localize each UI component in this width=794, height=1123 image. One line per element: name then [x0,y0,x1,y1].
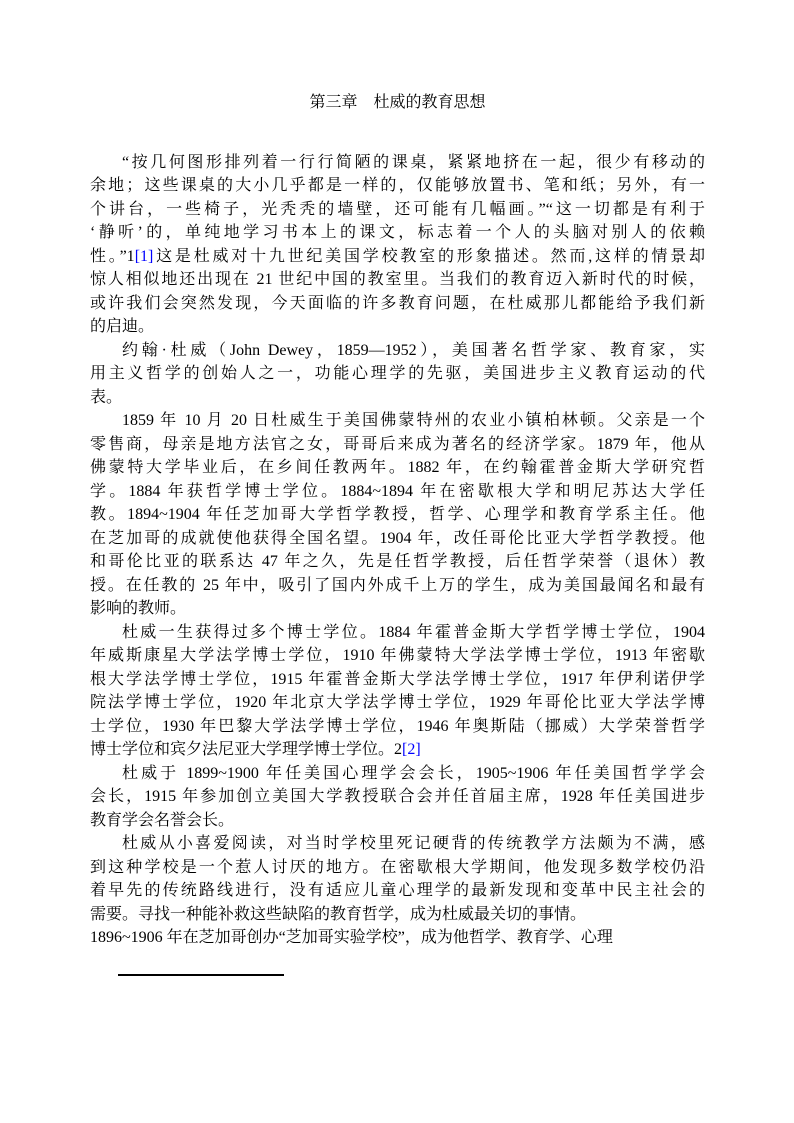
para-doctorates: 杜威一生获得过多个博士学位。1884 年霍普金斯大学哲学博士学位，1904年威斯… [90,621,705,762]
text-segment: 1896~1906 年在芝加哥创办“芝加哥实验学校”，成为他哲学、教育学、心理 [90,929,613,946]
text-line: 博士学位和宾夕法尼亚大学理学博士学位。2[2] [90,738,705,762]
text-segment: 根大学法学博士学位，1915 年霍普金斯大学法学博士学位，1917 年伊利诺伊学 [90,671,705,688]
text-line: 用主义哲学的创始人之一，功能心理学的先驱，美国进步主义教育运动的代 [90,362,705,386]
text-line: 杜威一生获得过多个博士学位。1884 年霍普金斯大学哲学博士学位，1904 [90,621,705,645]
para-education-philosophy: 杜威从小喜爱阅读，对当时学校里死记硬背的传统教学方法颇为不满，感到这种学校是一个… [90,832,705,950]
text-line: 到这种学校是一个惹人讨厌的地方。在密歇根大学期间，他发现多数学校仍沿 [90,856,705,880]
text-segment: 杜威一生获得过多个博士学位。1884 年霍普金斯大学哲学博士学位，1904 [122,624,705,641]
text-line: 教。1894~1904 年任芝加哥大学哲学教授，哲学、心理学和教育学系主任。他 [90,503,705,527]
text-line: 影响的教师。 [90,597,705,621]
text-segment: 个讲台，一些椅子，光秃秃的墙壁，还可能有几幅画。”“这一切都是有利于 [90,201,705,218]
text-line: 零售商，母亲是地方法官之女，哥哥后来成为著名的经济学家。1879 年，他从 [90,433,705,457]
text-line: 杜威从小喜爱阅读，对当时学校里死记硬背的传统教学方法颇为不满，感 [90,832,705,856]
text-segment: 士学位，1930 年巴黎大学法学博士学位，1946 年奥斯陆（挪威）大学荣誉哲学 [90,718,705,735]
footnote-separator [118,974,284,976]
page-title: 第三章 杜威的教育思想 [90,91,705,115]
text-segment: 杜威于 1899~1900 年任美国心理学会会长，1905~1906 年任美国哲… [122,765,705,782]
text-segment: 需要。寻找一种能补救这些缺陷的教育哲学，成为杜威最关切的事情。 [90,906,586,923]
text-line: 表。 [90,386,705,410]
text-segment: “按几何图形排列着一行行简陋的课桌，紧紧地挤在一起，很少有移动的 [122,154,705,171]
footnote-ref-2[interactable]: [2] [402,741,421,758]
text-line: 的启迪。 [90,315,705,339]
text-line: 士学位，1930 年巴黎大学法学博士学位，1946 年奥斯陆（挪威）大学荣誉哲学 [90,715,705,739]
para-dewey-intro: 约翰·杜威（John Dewey，1859—1952），美国著名哲学家、教育家，… [90,339,705,410]
text-segment: 和哥伦比亚的联系达 47 年之久，先是任哲学教授，后任哲学荣誉（退休）教 [90,553,705,570]
para-biography: 1859 年 10 月 20 日杜威生于美国佛蒙特州的农业小镇柏林顿。父亲是一个… [90,409,705,621]
text-segment: 在芝加哥的成就使他获得全国名望。1904 年，改任哥伦比亚大学哲学教授。他 [90,530,705,547]
para-presidencies: 杜威于 1899~1900 年任美国心理学会会长，1905~1906 年任美国哲… [90,762,705,833]
text-segment: 会长，1915 年参加创立美国大学教授联合会并任首届主席，1928 年任美国进步 [90,788,705,805]
text-line: 学。1884 年获哲学博士学位。1884~1894 年在密歇根大学和明尼苏达大学… [90,480,705,504]
document-page: 第三章 杜威的教育思想 “按几何图形排列着一行行简陋的课桌，紧紧地挤在一起，很少… [0,0,794,1123]
text-segment: 惊人相似地还出现在 21 世纪中国的教室里。当我们的教育迈入新时代的时候， [90,271,705,288]
text-segment: 这是杜威对十九世纪美国学校教室的形象描述。然而,这样的情景却 [153,248,705,265]
text-line: 或许我们会突然发现，今天面临的许多教育问题，在杜威那儿都能给予我们新 [90,292,705,316]
text-line: 1896~1906 年在芝加哥创办“芝加哥实验学校”，成为他哲学、教育学、心理 [90,926,705,950]
text-line: 着早先的传统路线进行，没有适应儿童心理学的最新发现和变革中民主社会的 [90,879,705,903]
text-line: 约翰·杜威（John Dewey，1859—1952），美国著名哲学家、教育家，… [90,339,705,363]
text-segment: 着早先的传统路线进行，没有适应儿童心理学的最新发现和变革中民主社会的 [90,882,705,899]
text-line: 和哥伦比亚的联系达 47 年之久，先是任哲学教授，后任哲学荣誉（退休）教 [90,550,705,574]
text-segment: 院法学博士学位，1920 年北京大学法学博士学位，1929 年哥伦比亚大学法学博 [90,694,705,711]
text-line: 教育学会名誉会长。 [90,809,705,833]
text-line: 在芝加哥的成就使他获得全国名望。1904 年，改任哥伦比亚大学哲学教授。他 [90,527,705,551]
text-line: 佛蒙特大学毕业后，在乡间任教两年。1882 年，在约翰霍普金斯大学研究哲 [90,456,705,480]
text-segment: 表。 [90,389,122,406]
text-segment: 教育学会名誉会长。 [90,812,234,829]
text-segment: 年威斯康星大学法学博士学位，1910 年佛蒙特大学法学博士学位，1913 年密歇 [90,647,705,664]
text-line: 余地；这些课桌的大小几乎都是一样的，仅能够放置书、笔和纸；另外，有一 [90,174,705,198]
text-segment: 或许我们会突然发现，今天面临的许多教育问题，在杜威那儿都能给予我们新 [90,295,705,312]
text-segment: ‘静听’的，单纯地学习书本上的课文，标志着一个人的头脑对别人的依赖 [90,224,705,241]
text-segment: 零售商，母亲是地方法官之女，哥哥后来成为著名的经济学家。1879 年，他从 [90,436,705,453]
text-line: 性。”1[1]这是杜威对十九世纪美国学校教室的形象描述。然而,这样的情景却 [90,245,705,269]
text-segment: 1859 年 10 月 20 日杜威生于美国佛蒙特州的农业小镇柏林顿。父亲是一个 [122,412,705,429]
text-segment: 博士学位和宾夕法尼亚大学理学博士学位。2 [90,741,402,758]
text-line: 惊人相似地还出现在 21 世纪中国的教室里。当我们的教育迈入新时代的时候， [90,268,705,292]
text-line: 院法学博士学位，1920 年北京大学法学博士学位，1929 年哥伦比亚大学法学博 [90,691,705,715]
text-line: 杜威于 1899~1900 年任美国心理学会会长，1905~1906 年任美国哲… [90,762,705,786]
para-classroom-quote: “按几何图形排列着一行行简陋的课桌，紧紧地挤在一起，很少有移动的余地；这些课桌的… [90,151,705,339]
text-line: 1859 年 10 月 20 日杜威生于美国佛蒙特州的农业小镇柏林顿。父亲是一个 [90,409,705,433]
text-line: 授。在任教的 25 年中，吸引了国内外成千上万的学生，成为美国最闻名和最有 [90,574,705,598]
text-segment: 用主义哲学的创始人之一，功能心理学的先驱，美国进步主义教育运动的代 [90,365,705,382]
text-line: 需要。寻找一种能补救这些缺陷的教育哲学，成为杜威最关切的事情。 [90,903,705,927]
text-segment: 教。1894~1904 年任芝加哥大学哲学教授，哲学、心理学和教育学系主任。他 [90,506,705,523]
text-line: 年威斯康星大学法学博士学位，1910 年佛蒙特大学法学博士学位，1913 年密歇 [90,644,705,668]
text-segment: 约翰·杜威（John Dewey，1859—1952），美国著名哲学家、教育家，… [122,342,705,359]
text-segment: 杜威从小喜爱阅读，对当时学校里死记硬背的传统教学方法颇为不满，感 [122,835,705,852]
text-line: 个讲台，一些椅子，光秃秃的墙壁，还可能有几幅画。”“这一切都是有利于 [90,198,705,222]
text-segment: 的启迪。 [90,318,154,335]
text-segment: 授。在任教的 25 年中，吸引了国内外成千上万的学生，成为美国最闻名和最有 [90,577,705,594]
text-line: “按几何图形排列着一行行简陋的课桌，紧紧地挤在一起，很少有移动的 [90,151,705,175]
document-body: “按几何图形排列着一行行简陋的课桌，紧紧地挤在一起，很少有移动的余地；这些课桌的… [90,151,705,950]
text-segment: 佛蒙特大学毕业后，在乡间任教两年。1882 年，在约翰霍普金斯大学研究哲 [90,459,705,476]
footnote-ref-1[interactable]: [1] [135,248,154,265]
text-line: 会长，1915 年参加创立美国大学教授联合会并任首届主席，1928 年任美国进步 [90,785,705,809]
text-segment: 到这种学校是一个惹人讨厌的地方。在密歇根大学期间，他发现多数学校仍沿 [90,859,705,876]
text-line: 根大学法学博士学位，1915 年霍普金斯大学法学博士学位，1917 年伊利诺伊学 [90,668,705,692]
text-line: ‘静听’的，单纯地学习书本上的课文，标志着一个人的头脑对别人的依赖 [90,221,705,245]
text-segment: 影响的教师。 [90,600,186,617]
text-segment: 学。1884 年获哲学博士学位。1884~1894 年在密歇根大学和明尼苏达大学… [90,483,705,500]
text-segment: 余地；这些课桌的大小几乎都是一样的，仅能够放置书、笔和纸；另外，有一 [90,177,705,194]
text-segment: 性。”1 [90,248,135,265]
